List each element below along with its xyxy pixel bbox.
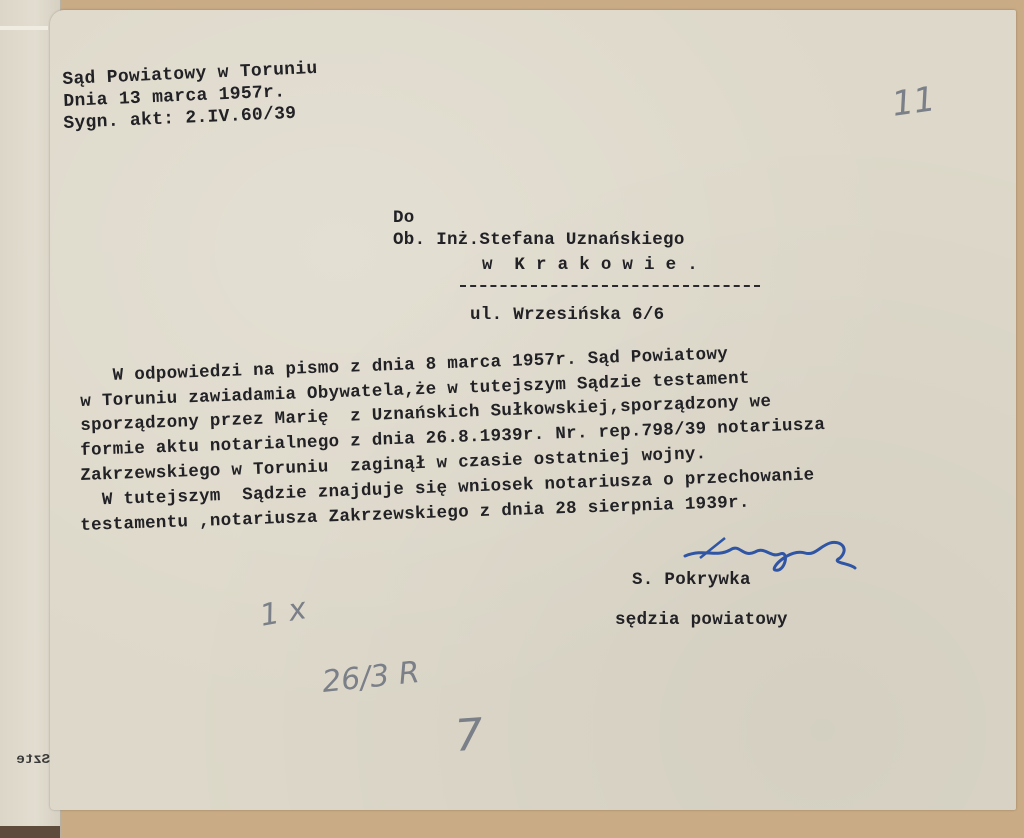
addressee-to: Do xyxy=(393,208,415,228)
page-bottom-edge xyxy=(0,826,60,838)
pencil-note: 7 xyxy=(453,709,484,762)
page-number-pencil: 11 xyxy=(889,79,937,125)
mirrored-text: Szte xyxy=(16,752,50,768)
addressee-name: Ob. Inż.Stefana Uznańskiego xyxy=(393,230,685,250)
pencil-note: 1 x xyxy=(257,591,309,634)
letter-page: Sąd Powiatowy w Toruniu Dnia 13 marca 19… xyxy=(50,10,1016,810)
addressee-city: w K r a k o w i e . xyxy=(482,255,698,275)
addressee-street: ul. Wrzesińska 6/6 xyxy=(470,305,664,325)
signatory-name: S. Pokrywka xyxy=(632,570,751,590)
pencil-note: 26/3 R xyxy=(320,655,421,700)
address-separator xyxy=(460,285,760,287)
signatory-title: sędzia powiatowy xyxy=(615,610,788,630)
page-fold xyxy=(0,26,48,30)
